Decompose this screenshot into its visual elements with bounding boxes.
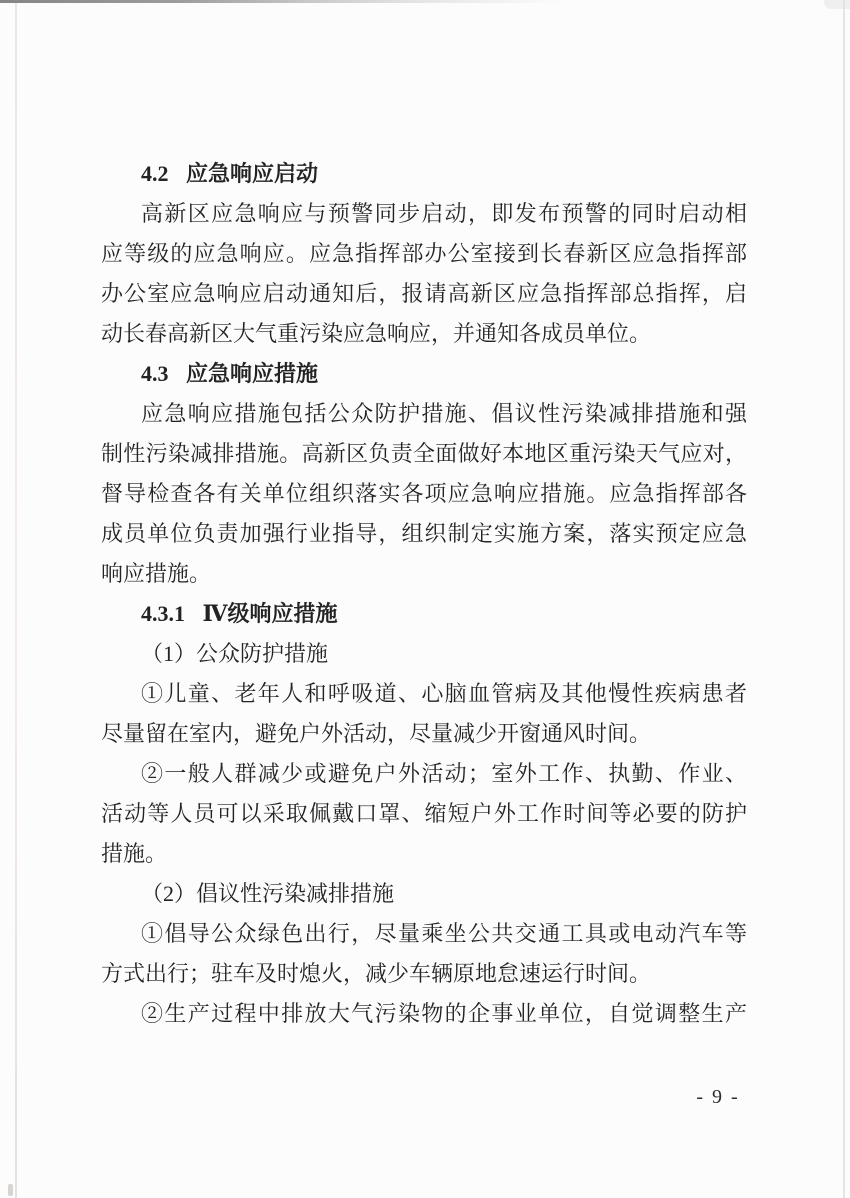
- paragraph-line: 方式出行；驻车及时熄火，减少车辆原地怠速运行时间。: [101, 954, 747, 994]
- paragraph-line: 高新区应急响应与预警同步启动，即发布预警的同时启动相: [101, 194, 747, 234]
- scan-artifact-right-edge: [843, 0, 845, 1198]
- paragraph-line: 应等级的应急响应。应急指挥部办公室接到长春新区应急指挥部: [101, 234, 747, 274]
- document-body: 4.2 应急响应启动高新区应急响应与预警同步启动，即发布预警的同时启动相应等级的…: [101, 154, 747, 1034]
- paragraph-line: 办公室应急响应启动通知后，报请高新区应急指挥部总指挥，启: [101, 274, 747, 314]
- page-number: - 9 -: [668, 1086, 768, 1109]
- paragraph-line: 尽量留在室内，避免户外活动，尽量减少开窗通风时间。: [101, 714, 747, 754]
- paragraph-line: 成员单位负责加强行业指导，组织制定实施方案，落实预定应急: [101, 514, 747, 554]
- scan-artifact-left-edge: [15, 3, 17, 1198]
- paragraph-line: 动长春高新区大气重污染应急响应，并通知各成员单位。: [101, 314, 747, 354]
- section-heading: 4.2 应急响应启动: [101, 154, 747, 194]
- paragraph-line: 措施。: [101, 834, 747, 874]
- paragraph-line: ①倡导公众绿色出行，尽量乘坐公共交通工具或电动汽车等: [101, 914, 747, 954]
- paragraph-line: 响应措施。: [101, 554, 747, 594]
- document-page: 4.2 应急响应启动高新区应急响应与预警同步启动，即发布预警的同时启动相应等级的…: [0, 0, 850, 1198]
- section-heading: 4.3 应急响应措施: [101, 354, 747, 394]
- sub-list-label: （1）公众防护措施: [101, 634, 747, 674]
- scan-artifact-top-edge: [0, 0, 565, 3]
- paragraph-line: 督导检查各有关单位组织落实各项应急响应措施。应急指挥部各: [101, 474, 747, 514]
- section-heading: 4.3.1 Ⅳ级响应措施: [101, 594, 747, 634]
- paragraph-line: ②一般人群减少或避免户外活动；室外工作、执勤、作业、: [101, 754, 747, 794]
- scan-artifact-top-right-corner: [824, 0, 850, 9]
- paragraph-line: ②生产过程中排放大气污染物的企事业单位，自觉调整生产: [101, 994, 747, 1034]
- scan-artifact-bottom-left-smudge: [8, 1184, 13, 1196]
- paragraph-line: ①儿童、老年人和呼吸道、心脑血管病及其他慢性疾病患者: [101, 674, 747, 714]
- paragraph-line: 活动等人员可以采取佩戴口罩、缩短户外工作时间等必要的防护: [101, 794, 747, 834]
- sub-list-label: （2）倡议性污染减排措施: [101, 874, 747, 914]
- paragraph-line: 制性污染减排措施。高新区负责全面做好本地区重污染天气应对，: [101, 434, 747, 474]
- paragraph-line: 应急响应措施包括公众防护措施、倡议性污染减排措施和强: [101, 394, 747, 434]
